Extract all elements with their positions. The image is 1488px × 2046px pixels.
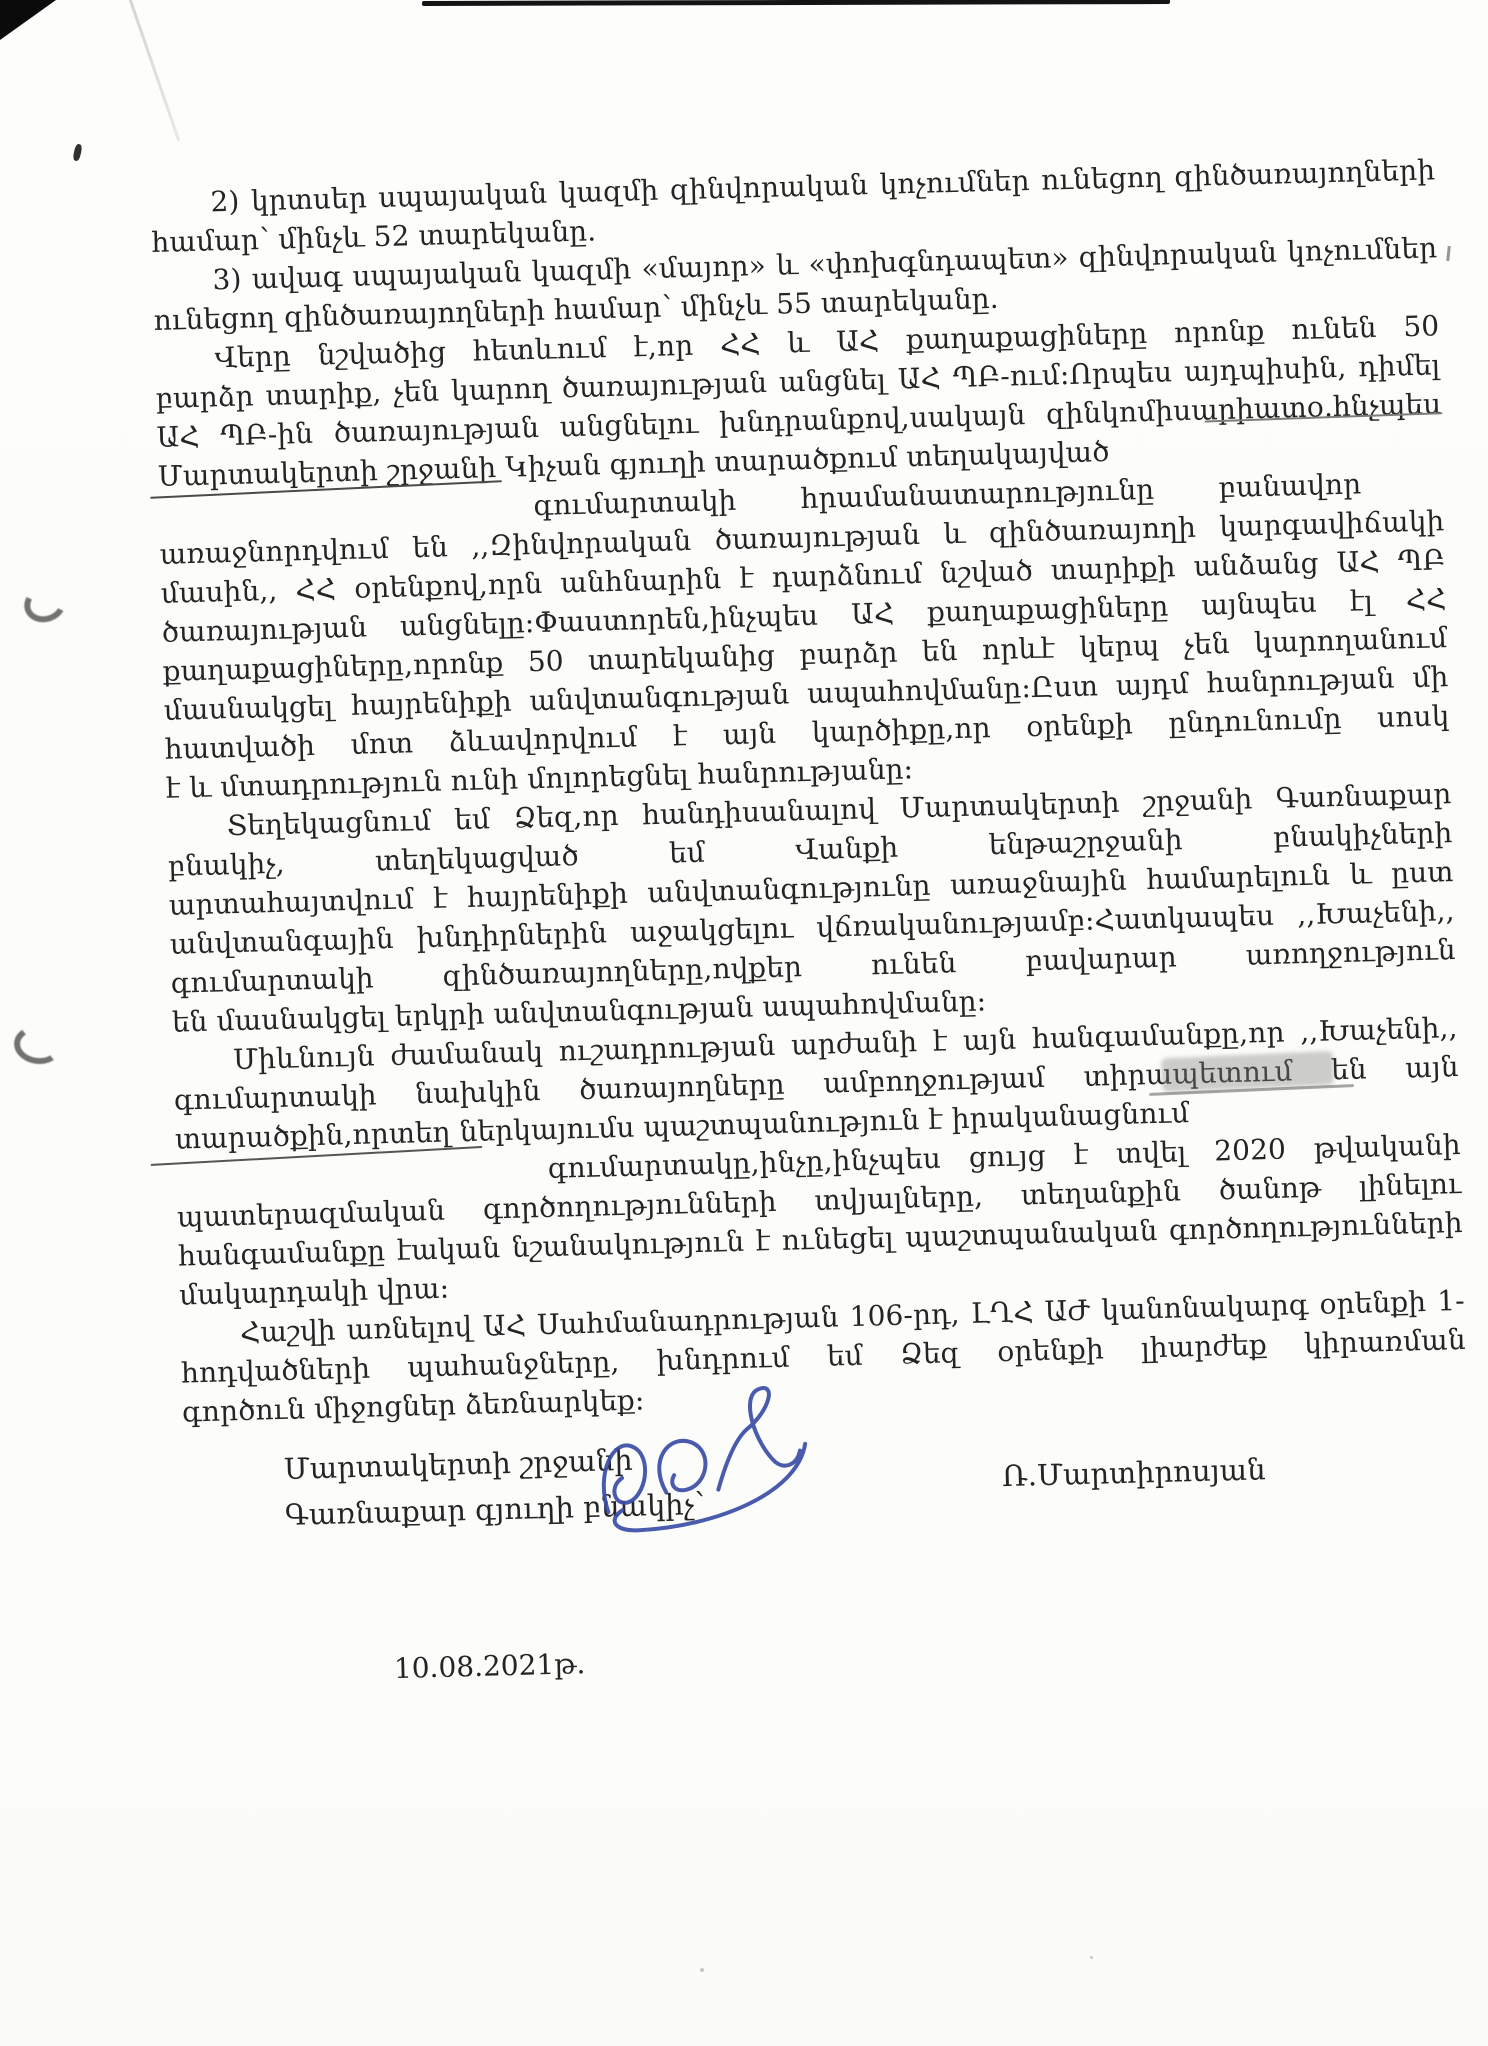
hole-punch-shadow (12, 1023, 65, 1067)
paper-fold-line (126, 0, 180, 141)
scan-corner-artifact (0, 0, 56, 40)
signature-block: Մարտակերտի շրջանի Գառնաքար գյուղի բնակիչ… (183, 1418, 1472, 1622)
scan-mark-right (1446, 246, 1451, 261)
scanned-letter-page: { "colors": { "paper": "#fdfdfb", "ink":… (0, 0, 1488, 2046)
scan-mark-left (72, 143, 82, 161)
signature-autograph (572, 1369, 862, 1573)
hole-punch-shadow (19, 580, 70, 627)
document-date: 10.08.2021թ. (394, 1647, 586, 1685)
scan-speck (1090, 1956, 1093, 1959)
paper-sheet: 2) կրտսեր սպայական կազմի զինվորական կոչո… (0, 0, 1488, 2046)
scan-speck (700, 1968, 704, 1972)
signatory-name: Ռ.Մարտիրոսյան (1002, 1449, 1266, 1496)
body-text: 2) կրտսեր սպայական կազմի զինվորական կոչո… (150, 150, 1467, 1431)
scan-top-edge-artifact (422, 0, 1170, 6)
letter-body: 2) կրտսեր սպայական կազմի զինվորական կոչո… (150, 150, 1477, 1803)
